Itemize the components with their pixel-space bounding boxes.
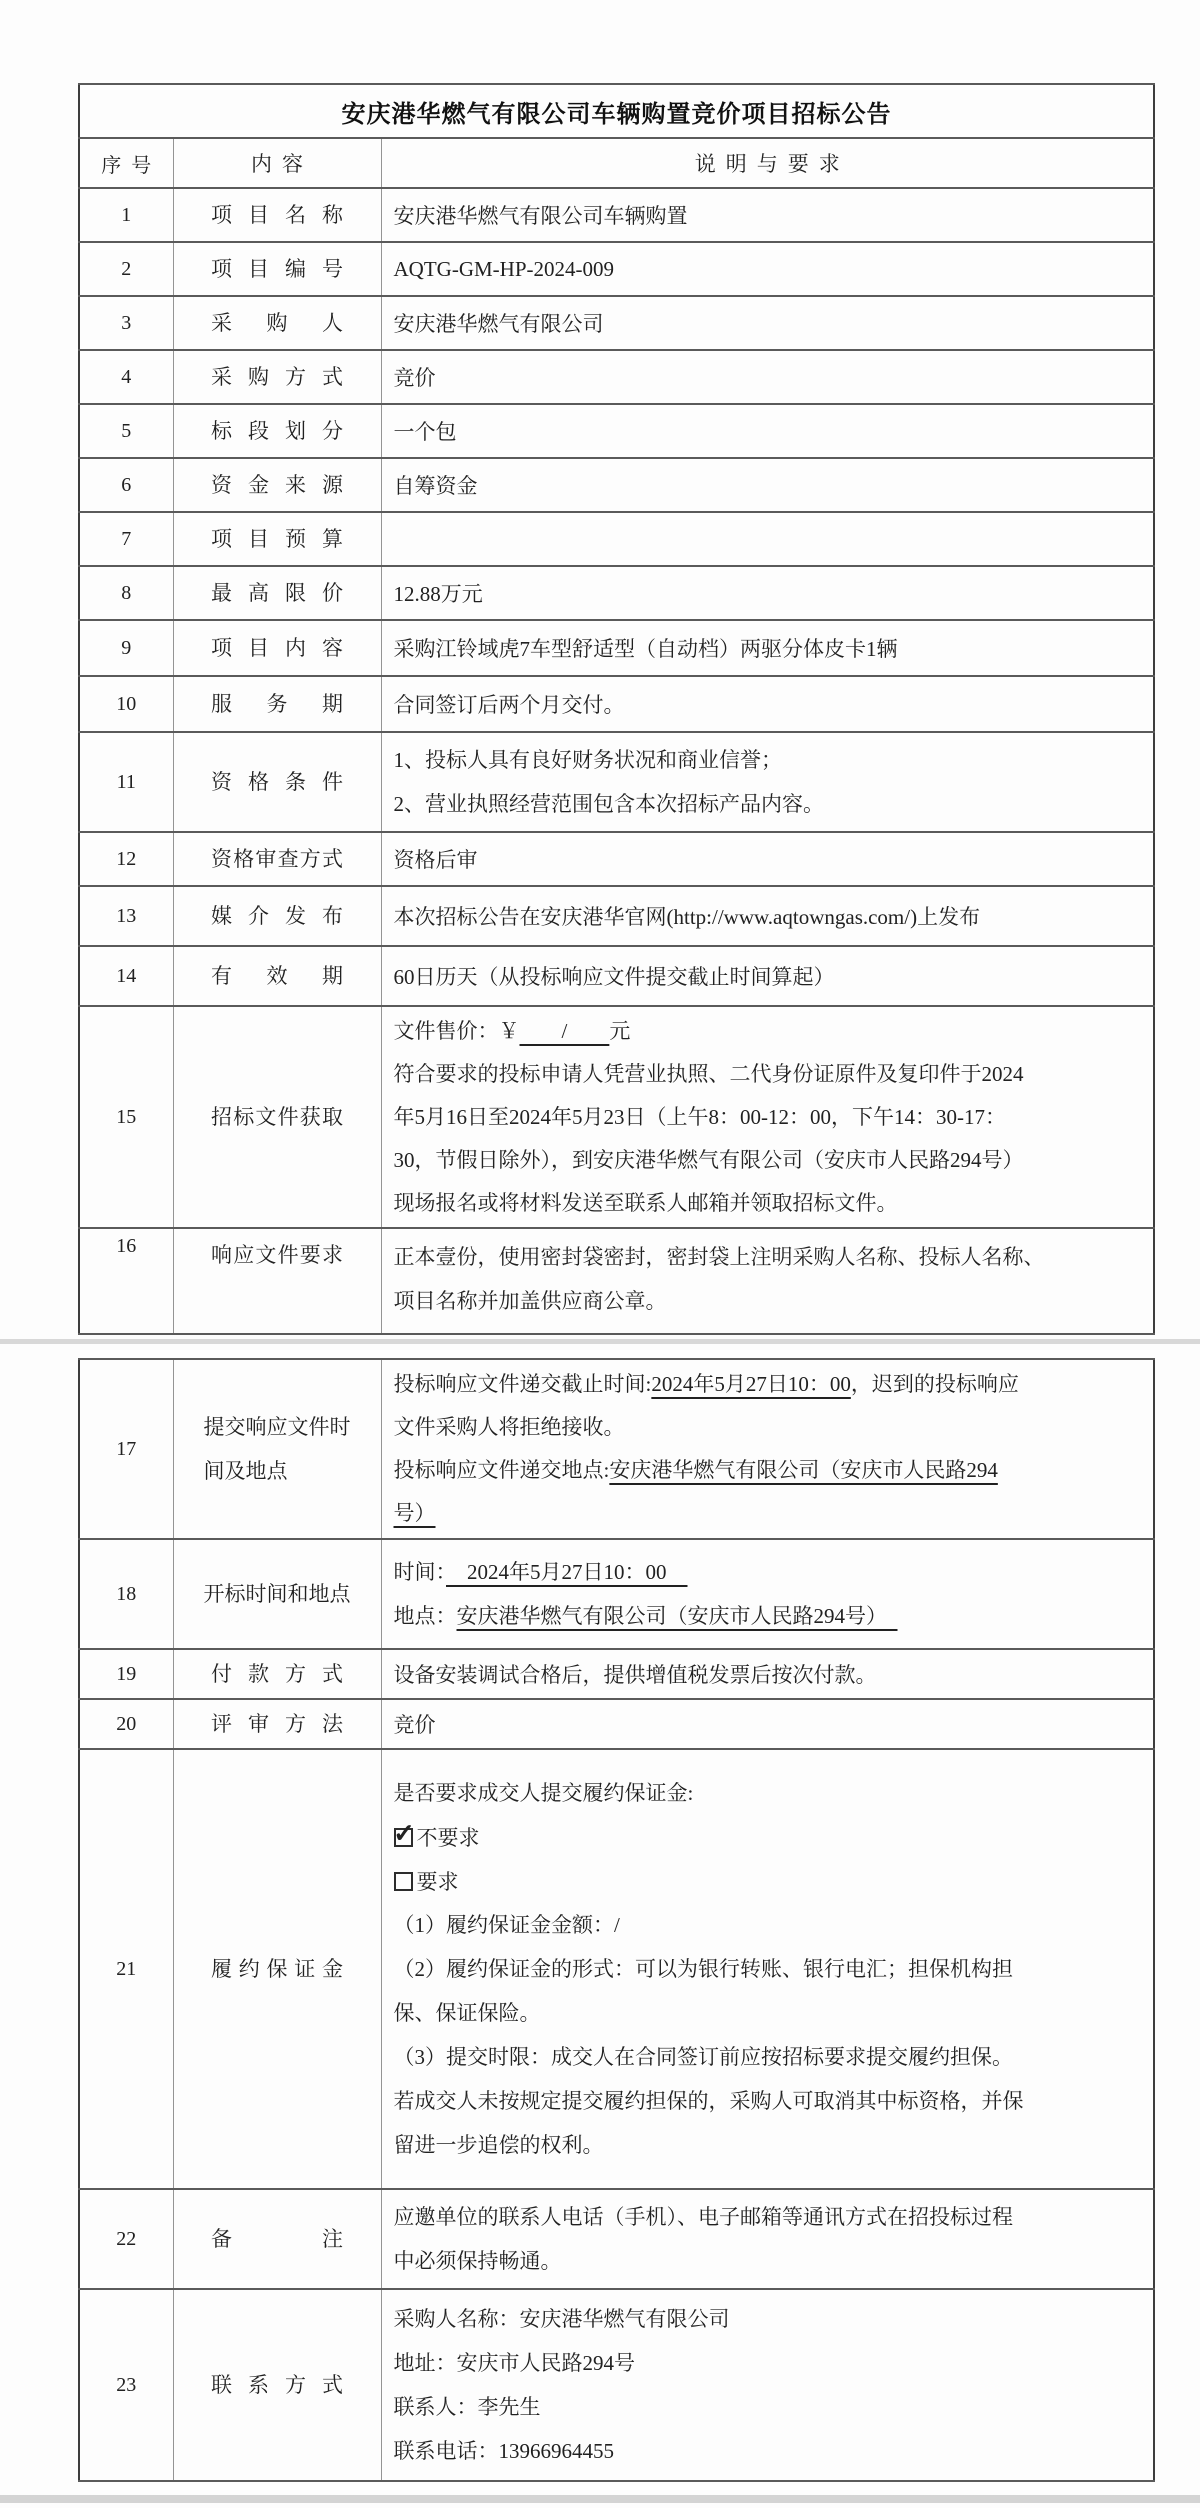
table-row: 8 最高限价 12.88万元 [79,566,1154,620]
row-number-cell: 14 [79,946,173,1006]
row-content-cell: 文件售价：￥ / 元 符合要求的投标申请人凭营业执照、二代身份证原件及复印件于2… [381,1006,1154,1228]
table-row: 18 开标时间和地点 时间： 2024年5月27日10：00 地点：安庆港华燃气… [79,1539,1154,1649]
table-row: 9 项目内容 采购江铃域虎7车型舒适型（自动档）两驱分体皮卡1辆 [79,620,1154,676]
table-row: 13 媒介发布 本次招标公告在安庆港华官网(http://www.aqtowng… [79,886,1154,946]
row-label-cell: 开标时间和地点 [173,1539,381,1649]
title-row: 安庆港华燃气有限公司车辆购置竞价项目招标公告 [79,84,1154,138]
bond-details: （1）履约保证金金额：/ （2）履约保证金的形式：可以为银行转账、银行电汇；担保… [394,1903,1142,2167]
table-row: 20 评审方法 竞价 [79,1699,1154,1749]
table-row: 11 资格条件 1、投标人具有良好财务状况和商业信誉； 2、营业执照经营范围包含… [79,732,1154,832]
row-number-cell: 20 [79,1699,173,1749]
row-number-cell: 5 [79,404,173,458]
tender-document-page: 安庆港华燃气有限公司车辆购置竞价项目招标公告 序号 内容 说明与要求 1 项目名… [0,0,1200,2508]
row-number-cell: 18 [79,1539,173,1649]
table-row: 6 资金来源 自筹资金 [79,458,1154,512]
row-content-cell: AQTG-GM-HP-2024-009 [381,242,1154,296]
header-description: 说明与要求 [381,138,1154,188]
row-content-cell: 本次招标公告在安庆港华官网(http://www.aqtowngas.com/)… [381,886,1154,946]
header-row: 序号 内容 说明与要求 [79,138,1154,188]
table-row: 15 招标文件获取 文件售价：￥ / 元 符合要求的投标申请人凭营业执照、二代身… [79,1006,1154,1228]
row-number-cell: 12 [79,832,173,886]
page-break-divider [0,1339,1200,1344]
row-number-cell: 10 [79,676,173,732]
row-label-cell: 采购人 [173,296,381,350]
row-content-cell: 1、投标人具有良好财务状况和商业信誉； 2、营业执照经营范围包含本次招标产品内容… [381,732,1154,832]
row-label-cell: 响应文件要求 [173,1228,381,1334]
row-label-cell: 招标文件获取 [173,1006,381,1228]
row-label-cell: 资格审查方式 [173,832,381,886]
row-content-cell: 自筹资金 [381,458,1154,512]
row-number-cell: 9 [79,620,173,676]
row-label-cell: 项目名称 [173,188,381,242]
row-content-cell: 投标响应文件递交截止时间:2024年5月27日10：00，迟到的投标响应 文件采… [381,1359,1154,1539]
row-label-cell: 评审方法 [173,1699,381,1749]
checkbox-unchecked-icon [394,1872,413,1891]
row-label-cell: 资格条件 [173,732,381,832]
row-label-cell: 最高限价 [173,566,381,620]
row-content-cell: 采购江铃域虎7车型舒适型（自动档）两驱分体皮卡1辆 [381,620,1154,676]
row-number-cell: 21 [79,1749,173,2189]
row-number-cell: 22 [79,2189,173,2289]
table-row: 16 响应文件要求 正本壹份，使用密封袋密封，密封袋上注明采购人名称、投标人名称… [79,1228,1154,1334]
table-row: 7 项目预算 [79,512,1154,566]
row-label-cell: 资金来源 [173,458,381,512]
row-label-cell: 服务期 [173,676,381,732]
row-number-cell: 3 [79,296,173,350]
table-row: 5 标段划分 一个包 [79,404,1154,458]
row-number-cell: 23 [79,2289,173,2481]
row-label-cell: 项目编号 [173,242,381,296]
table-row: 1 项目名称 安庆港华燃气有限公司车辆购置 [79,188,1154,242]
row-content-cell: 时间： 2024年5月27日10：00 地点：安庆港华燃气有限公司（安庆市人民路… [381,1539,1154,1649]
header-label: 内容 [173,138,381,188]
row-label-cell: 备注 [173,2189,381,2289]
bond-question: 是否要求成交人提交履约保证金: [394,1771,1142,1815]
row-label-cell: 标段划分 [173,404,381,458]
checkbox-checked-icon: ✓ [394,1828,413,1847]
row-content-cell: 60日历天（从投标响应文件提交截止时间算起） [381,946,1154,1006]
row-content-cell: 12.88万元 [381,566,1154,620]
row-content-cell: 一个包 [381,404,1154,458]
row-number-cell: 17 [79,1359,173,1539]
row-label-cell: 有效期 [173,946,381,1006]
row-label-cell: 提交响应文件时 间及地点 [173,1359,381,1539]
row-label-cell: 采购方式 [173,350,381,404]
table-row: 10 服务期 合同签订后两个月交付。 [79,676,1154,732]
row-content-cell: 竞价 [381,1699,1154,1749]
row-content-cell: 正本壹份，使用密封袋密封，密封袋上注明采购人名称、投标人名称、 项目名称并加盖供… [381,1228,1154,1334]
bond-option-label: 不要求 [417,1822,480,1852]
row-content-cell: 安庆港华燃气有限公司车辆购置 [381,188,1154,242]
row-number-cell: 4 [79,350,173,404]
row-number-cell: 2 [79,242,173,296]
table-row: 23 联系方式 采购人名称：安庆港华燃气有限公司 地址：安庆市人民路294号 联… [79,2289,1154,2481]
bond-option-not-required: ✓ 不要求 [394,1815,1142,1859]
row-number-cell: 19 [79,1649,173,1699]
table-row: 12 资格审查方式 资格后审 [79,832,1154,886]
row-number-cell: 1 [79,188,173,242]
table-row: 14 有效期 60日历天（从投标响应文件提交截止时间算起） [79,946,1154,1006]
row-content-cell: 竞价 [381,350,1154,404]
bond-option-required: 要求 [394,1859,1142,1903]
row-number-cell: 11 [79,732,173,832]
row-content-cell: 应邀单位的联系人电话（手机）、电子邮箱等通讯方式在招投标过程 中必须保持畅通。 [381,2189,1154,2289]
table-row: 4 采购方式 竞价 [79,350,1154,404]
tender-table-part-2: 17 提交响应文件时 间及地点 投标响应文件递交截止时间:2024年5月27日1… [78,1358,1155,2482]
performance-bond-cell: 是否要求成交人提交履约保证金: ✓ 不要求 要求 （1）履约保证金金额：/ （2… [381,1749,1154,2189]
row-content-cell: 资格后审 [381,832,1154,886]
row-content-cell: 设备安装调试合格后，提供增值税发票后按次付款。 [381,1649,1154,1699]
tender-table-part-1: 安庆港华燃气有限公司车辆购置竞价项目招标公告 序号 内容 说明与要求 1 项目名… [78,83,1155,1335]
row-number-cell: 8 [79,566,173,620]
row-number-cell: 7 [79,512,173,566]
document-title: 安庆港华燃气有限公司车辆购置竞价项目招标公告 [79,84,1154,138]
table-row: 2 项目编号 AQTG-GM-HP-2024-009 [79,242,1154,296]
row-number-cell: 16 [79,1228,173,1334]
contact-info-cell: 采购人名称：安庆港华燃气有限公司 地址：安庆市人民路294号 联系人：李先生 联… [381,2289,1154,2481]
row-label-cell: 项目预算 [173,512,381,566]
row-number-cell: 15 [79,1006,173,1228]
row-number-cell: 6 [79,458,173,512]
row-content-cell: 合同签订后两个月交付。 [381,676,1154,732]
row-content-cell: 安庆港华燃气有限公司 [381,296,1154,350]
page-bottom-divider [0,2495,1200,2503]
table-row: 21 履约保证金 是否要求成交人提交履约保证金: ✓ 不要求 要求 （1）履约保… [79,1749,1154,2189]
row-label-cell: 履约保证金 [173,1749,381,2189]
table-row: 19 付款方式 设备安装调试合格后，提供增值税发票后按次付款。 [79,1649,1154,1699]
table-row: 17 提交响应文件时 间及地点 投标响应文件递交截止时间:2024年5月27日1… [79,1359,1154,1539]
row-number-cell: 13 [79,886,173,946]
table-row: 3 采购人 安庆港华燃气有限公司 [79,296,1154,350]
table-row: 22 备注 应邀单位的联系人电话（手机）、电子邮箱等通讯方式在招投标过程 中必须… [79,2189,1154,2289]
row-label-cell: 付款方式 [173,1649,381,1699]
row-label-cell: 媒介发布 [173,886,381,946]
row-label-cell: 联系方式 [173,2289,381,2481]
bond-option-label: 要求 [417,1866,459,1896]
row-content-cell [381,512,1154,566]
header-no: 序号 [79,138,173,188]
row-label-cell: 项目内容 [173,620,381,676]
